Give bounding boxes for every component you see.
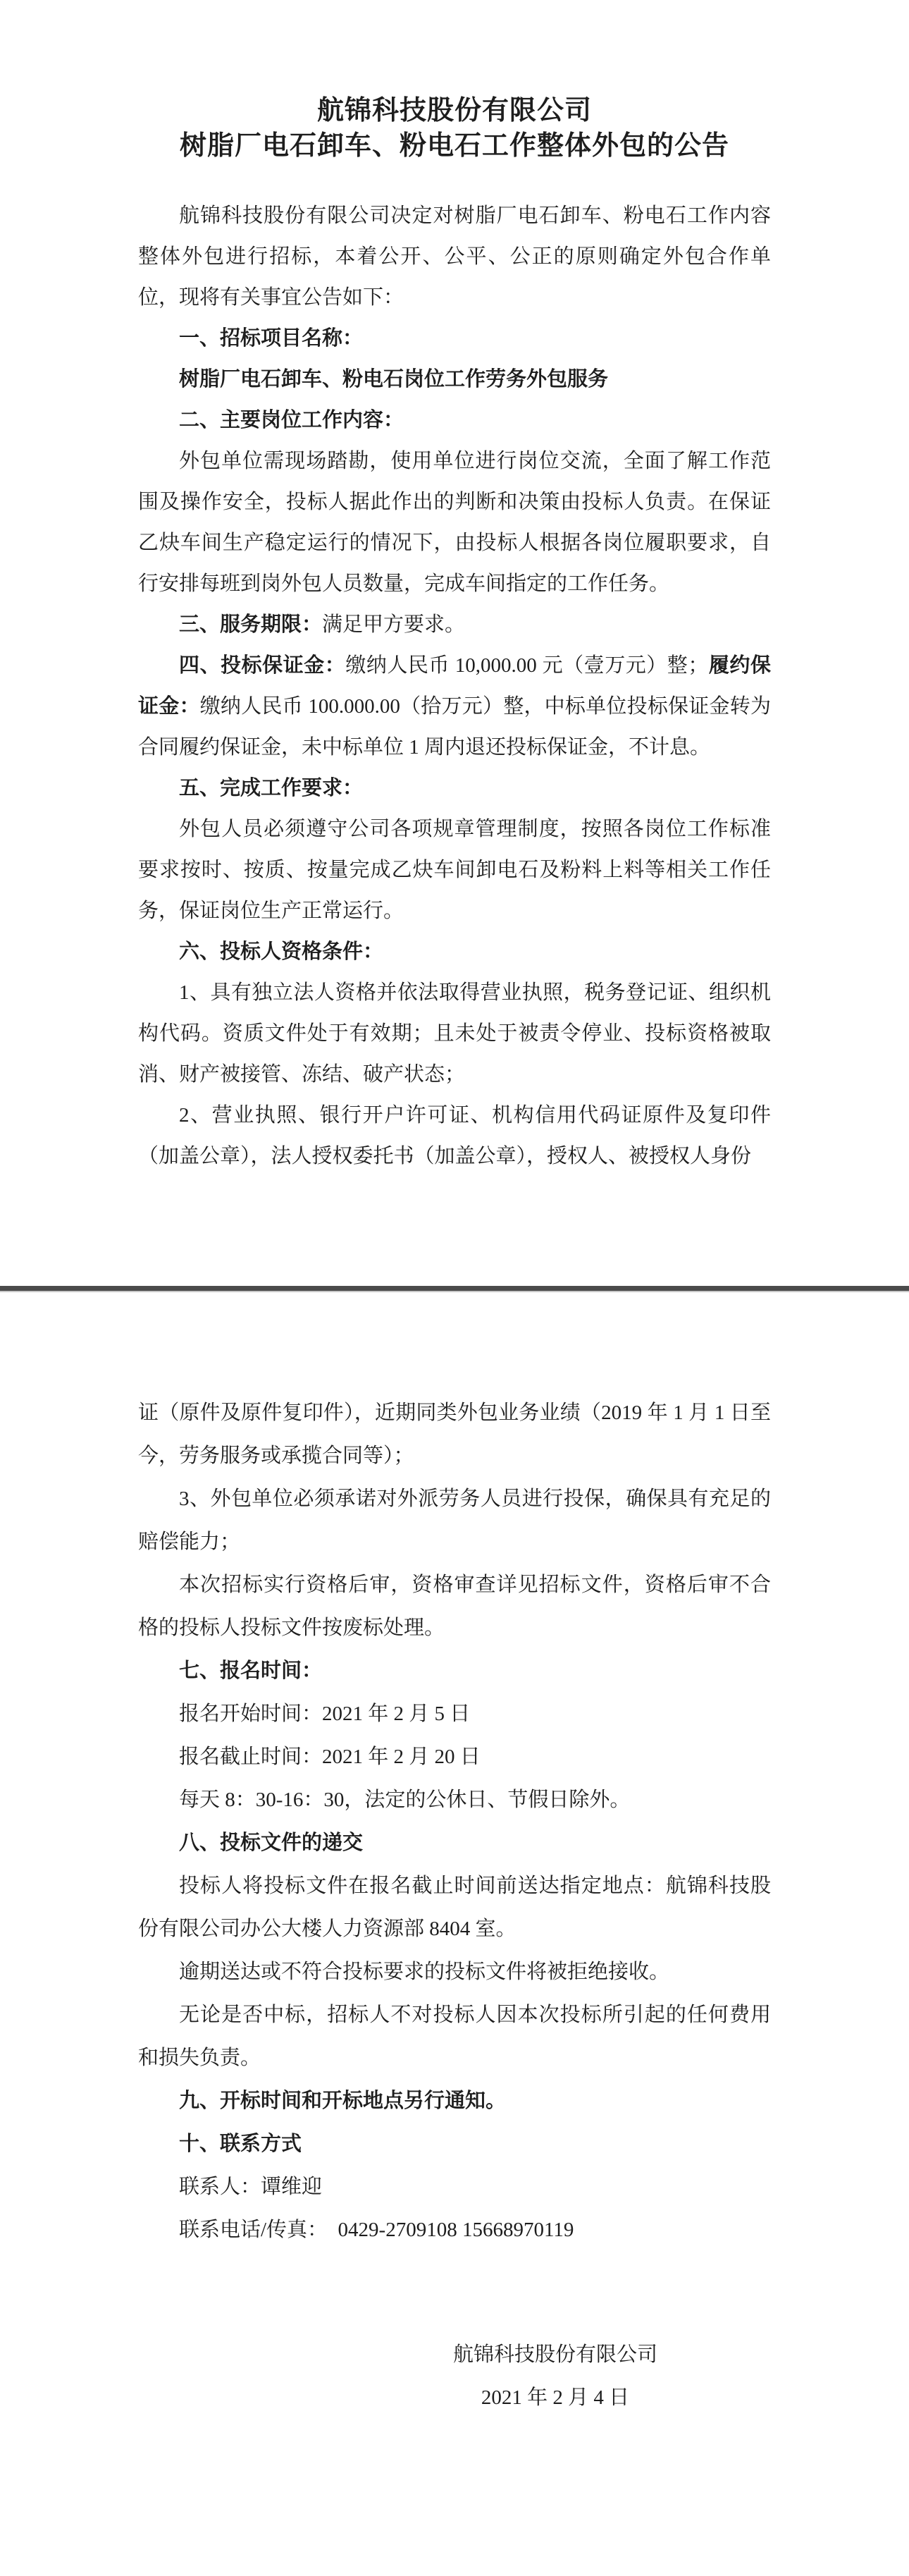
heading-registration-time: 七、报名时间： — [138, 1650, 771, 1693]
registration-hours-line: 每天 8：30-16：30，法定的公休日、节假日除外。 — [138, 1779, 771, 1822]
service-term-paragraph: 三、服务期限：满足甲方要求。 — [138, 604, 771, 645]
post-review-paragraph: 本次招标实行资格后审，资格审查详见招标文件，资格后审不合格的投标人投标文件按废标… — [138, 1564, 771, 1650]
heading-work-requirements: 五、完成工作要求： — [138, 768, 771, 809]
heading-qualifications: 六、投标人资格条件： — [138, 931, 771, 972]
submission-late-paragraph: 逾期送达或不符合投标要求的投标文件将被拒绝接收。 — [138, 1951, 771, 1994]
page1-content: 航锦科技股份有限公司决定对树脂厂电石卸车、粉电石工作内容整体外包进行招标，本着公… — [0, 195, 909, 1177]
heading-contact-info: 十、联系方式 — [138, 2123, 771, 2166]
service-term-label: 三、服务期限： — [179, 613, 322, 636]
heading-bid-submission: 八、投标文件的递交 — [138, 1822, 771, 1865]
heading-job-content: 二、主要岗位工作内容： — [138, 400, 771, 441]
heading-project-name: 一、招标项目名称： — [138, 318, 771, 359]
project-name-line: 树脂厂电石卸车、粉电石岗位工作劳务外包服务 — [138, 359, 771, 400]
document-title: 航锦科技股份有限公司 树脂厂电石卸车、粉电石工作整体外包的公告 — [0, 0, 909, 164]
submission-cost-paragraph: 无论是否中标，招标人不对投标人因本次投标所引起的任何费用和损失负责。 — [138, 1994, 771, 2080]
qualification-3-paragraph: 3、外包单位必须承诺对外派劳务人员进行投保，确保具有充足的赔偿能力； — [138, 1478, 771, 1564]
title-subject-line: 树脂厂电石卸车、粉电石工作整体外包的公告 — [0, 128, 909, 164]
submission-place-paragraph: 投标人将投标文件在报名截止时间前送达指定地点：航锦科技股份有限公司办公大楼人力资… — [138, 1865, 771, 1951]
performance-deposit-text: 缴纳人民币 100.000.00（拾万元）整，中标单位投标保证金转为合同履约保证… — [138, 695, 771, 759]
title-company-line: 航锦科技股份有限公司 — [0, 93, 909, 128]
heading-bid-opening: 九、开标时间和开标地点另行通知。 — [138, 2080, 771, 2123]
signature-date-line: 2021 年 2 月 4 日 — [379, 2376, 731, 2419]
registration-end-line: 报名截止时间：2021 年 2 月 20 日 — [138, 1736, 771, 1779]
signature-block: 航锦科技股份有限公司 2021 年 2 月 4 日 — [379, 2333, 731, 2419]
contact-phone-line: 联系电话/传真： 0429-2709108 15668970119 — [138, 2209, 771, 2252]
contact-person-line: 联系人：谭维迎 — [138, 2166, 771, 2209]
qualification-2-paragraph-part2: 证（原件及原件复印件），近期同类外包业务业绩（2019 年 1 月 1 日至今，… — [138, 1392, 771, 1478]
page-separator — [0, 1286, 909, 1292]
document-page-1: 航锦科技股份有限公司 树脂厂电石卸车、粉电石工作整体外包的公告 航锦科技股份有限… — [0, 0, 909, 1286]
document-page-2: 证（原件及原件复印件），近期同类外包业务业绩（2019 年 1 月 1 日至今，… — [0, 1292, 909, 2576]
deposit-paragraph: 四、投标保证金：缴纳人民币 10,000.00 元（壹万元）整；履约保证金：缴纳… — [138, 645, 771, 768]
bid-deposit-label: 四、投标保证金： — [179, 654, 345, 677]
bid-deposit-text: 缴纳人民币 10,000.00 元（壹万元）整； — [345, 654, 708, 677]
job-content-paragraph: 外包单位需现场踏勘，使用单位进行岗位交流，全面了解工作范围及操作安全，投标人据此… — [138, 441, 771, 604]
service-term-text: 满足甲方要求。 — [322, 613, 465, 636]
intro-paragraph: 航锦科技股份有限公司决定对树脂厂电石卸车、粉电石工作内容整体外包进行招标，本着公… — [138, 195, 771, 318]
signature-company-line: 航锦科技股份有限公司 — [379, 2333, 731, 2376]
work-requirements-paragraph: 外包人员必须遵守公司各项规章管理制度，按照各岗位工作标准要求按时、按质、按量完成… — [138, 809, 771, 931]
qualification-1-paragraph: 1、具有独立法人资格并依法取得营业执照，税务登记证、组织机构代码。资质文件处于有… — [138, 972, 771, 1095]
registration-start-line: 报名开始时间：2021 年 2 月 5 日 — [138, 1693, 771, 1736]
page2-content: 证（原件及原件复印件），近期同类外包业务业绩（2019 年 1 月 1 日至今，… — [0, 1392, 909, 2419]
qualification-2-paragraph-part1: 2、营业执照、银行开户许可证、机构信用代码证原件及复印件（加盖公章），法人授权委… — [138, 1095, 771, 1177]
